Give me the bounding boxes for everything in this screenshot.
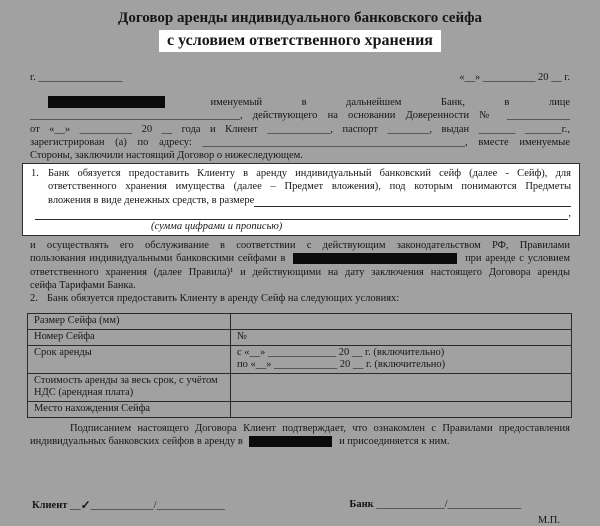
continuation-line-3: ответственного хранения (далее Правила)¹… xyxy=(30,266,570,279)
signature-bank: Банк _____________/______________ М.П. xyxy=(349,498,570,526)
bank-label: Банк xyxy=(349,499,373,510)
acknowledgement-line-1: Подписанием настоящего Договора Клиент п… xyxy=(30,422,570,435)
redacted-text xyxy=(48,96,165,108)
row-value xyxy=(231,314,572,330)
clause-1-line-3: вложения в виде денежных средств, в разм… xyxy=(48,194,571,207)
amount-caption: (сумма цифрами и прописью) xyxy=(151,220,571,233)
intro-line-4: зарегистрирован (а) по адресу: _________… xyxy=(30,136,570,149)
table-row-safe-number: Номер Сейфа № xyxy=(28,330,572,346)
row-value: с «__» _____________ 20 __ г. (включител… xyxy=(231,346,572,374)
continuation-line-1: и осуществлять его обслуживание в соотве… xyxy=(30,239,570,252)
intro-line-2: ________________________________________… xyxy=(30,109,570,122)
row-label: Место нахождения Сейфа xyxy=(28,402,231,418)
continuation-line-2-before: пользования индивидуальными банковскими … xyxy=(30,253,285,264)
client-label: Клиент xyxy=(32,500,67,511)
client-signature-line: ____________/_____________ xyxy=(91,500,225,511)
amount-blank-line xyxy=(254,196,571,207)
clause-2-text: Банк обязуется предоставить Клиенту в ар… xyxy=(47,293,399,304)
signature-row: Клиент __✓____________/_____________ Бан… xyxy=(32,498,570,526)
acknowledgement-paragraph: Подписанием настоящего Договора Клиент п… xyxy=(30,422,570,448)
blank-line xyxy=(35,209,568,220)
clause-1-highlight-box: 1. Банк обязуется предоставить Клиенту в… xyxy=(22,163,580,236)
clause-1-line-2: ответственного хранения имущества (далее… xyxy=(48,180,571,193)
city-field: г. ________________ xyxy=(30,71,122,84)
document-header: Договор аренды индивидуального банковско… xyxy=(0,0,600,52)
acknowledgement-line-2-before: индивидуальных банковских сейфов в аренд… xyxy=(30,436,243,447)
amount-label: вложения в виде денежных средств, в разм… xyxy=(48,194,254,207)
subtitle-row: с условием ответственного хранения xyxy=(0,30,600,52)
table-row-rent-term: Срок аренды с «__» _____________ 20 __ г… xyxy=(28,346,572,374)
row-label: Стоимость аренды за весь срок, с учётом … xyxy=(28,374,231,402)
intro-paragraph: именуемый в дальнейшем Банк, в лице ____… xyxy=(30,96,570,162)
intro-line-3: от «__» __________ 20 __ года и Клиент _… xyxy=(30,123,570,136)
terms-table: Размер Сейфа (мм) Номер Сейфа № Срок аре… xyxy=(27,313,572,418)
address-blank: ________________________________________… xyxy=(203,137,466,148)
subtitle-highlight: с условием ответственного хранения xyxy=(159,30,441,52)
term-to: по «__» ____________ 20 __ г. (включител… xyxy=(237,359,565,371)
row-label: Срок аренды xyxy=(28,346,231,374)
term-from: с «__» _____________ 20 __ г. (включител… xyxy=(237,347,565,359)
acknowledgement-line-2-after: и присоединяется к ним. xyxy=(339,436,449,447)
table-row-rent-cost: Стоимость аренды за весь срок, с учётом … xyxy=(28,374,572,402)
bank-signature-line: _____________/______________ xyxy=(376,499,521,510)
address-label: зарегистрирован (а) по адресу: xyxy=(30,137,192,148)
intro-line-4-tail: , вместе именуемые xyxy=(465,137,570,148)
continuation-paragraph: и осуществлять его обслуживание в соотве… xyxy=(30,239,570,305)
intro-line-1: именуемый в дальнейшем Банк, в лице xyxy=(30,96,570,109)
table-row-safe-size: Размер Сейфа (мм) xyxy=(28,314,572,330)
clause-1-number: 1. xyxy=(31,167,39,180)
continuation-line-4: сейфа Тарифами Банка. xyxy=(30,279,570,292)
row-value xyxy=(231,402,572,418)
clause-2-number: 2. xyxy=(30,292,38,305)
row-value: № xyxy=(231,330,572,346)
page-title: Договор аренды индивидуального банковско… xyxy=(0,9,600,27)
clause-1-body: 1. Банк обязуется предоставить Клиенту в… xyxy=(31,167,571,207)
city-date-row: г. ________________ «__» __________ 20 _… xyxy=(30,71,570,84)
document-page: Договор аренды индивидуального банковско… xyxy=(0,0,600,526)
row-value xyxy=(231,374,572,402)
date-field: «__» __________ 20 __ г. xyxy=(459,71,570,84)
seal-label: М.П. xyxy=(349,514,570,526)
signature-client: Клиент __✓____________/_____________ xyxy=(32,498,349,526)
redacted-text xyxy=(249,436,332,447)
table-row-safe-location: Место нахождения Сейфа xyxy=(28,402,572,418)
clause-1-line-1: Банк обязуется предоставить Клиенту в ар… xyxy=(48,167,571,180)
redacted-text xyxy=(293,253,457,264)
acknowledgement-line-2: индивидуальных банковских сейфов в аренд… xyxy=(30,435,570,448)
continuation-line-2: пользования индивидуальными банковскими … xyxy=(30,252,570,265)
row-label: Размер Сейфа (мм) xyxy=(28,314,231,330)
continuation-line-2-after: при аренде с условием xyxy=(465,253,570,264)
trailing-comma: , xyxy=(568,207,571,220)
checkmark-icon: ✓ xyxy=(81,498,91,512)
amount-blank-line-2: , xyxy=(35,207,571,220)
intro-line-1-text: именуемый в дальнейшем Банк, в лице xyxy=(210,97,570,108)
clause-2: 2. Банк обязуется предоставить Клиенту в… xyxy=(30,292,570,305)
intro-line-5: Стороны, заключили настоящий Договор о н… xyxy=(30,149,570,162)
client-blank-pre: __ xyxy=(70,500,81,511)
row-label: Номер Сейфа xyxy=(28,330,231,346)
